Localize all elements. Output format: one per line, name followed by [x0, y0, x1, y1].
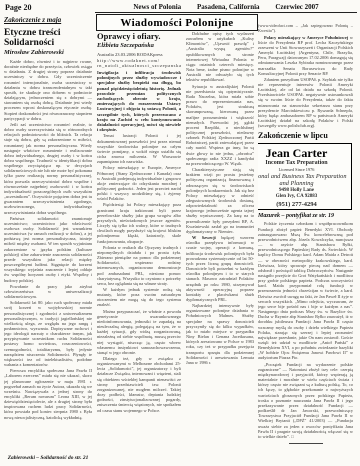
column-3: Dokładne opisy tych wydarzeń zawarłem w … — [186, 31, 254, 462]
section-title-box: Wiadomości Polonijne — [96, 14, 258, 31]
paragraph: Sytuacja w australijskiej Polonii nie pr… — [186, 84, 254, 167]
page-number: Page 20 — [5, 3, 31, 12]
paragraph: Charakterystyczne stają się brakiem wizj… — [186, 167, 254, 234]
newspaper-page: Page 20 News of Polonia Pasadena, Califo… — [0, 0, 360, 466]
article-author: Elżbieta Szczepańska — [97, 42, 181, 49]
ad-business-name: Jean Carter — [258, 147, 349, 159]
article-title-oprawcy: Oprawcy i ofiary. — [97, 31, 181, 41]
ad-phone-number: (951) 277-4294 — [258, 201, 349, 209]
article-body: Najbardziej intensywnie były organizowan… — [186, 303, 254, 365]
paragraph: Powołanie do pracy jako atrybut człowiec… — [4, 284, 92, 299]
lead-paragraph: Polacy mieszkający w Ameryce Południowej… — [258, 35, 353, 76]
masthead: News of Polonia Pasadena, California Cze… — [95, 3, 357, 11]
dateline: Australia 23.03.2006 RODAKpress — [97, 52, 181, 57]
paragraph: Każde dobro, również i to najpierw rwane… — [4, 59, 92, 121]
continued-in-july-heading: Zakończenie w lipcu — [258, 131, 353, 140]
article-title-solidarnosc: Etyczne treści Solidarności — [4, 28, 92, 48]
paragraph: „Początek Fundacji na wydarzenie polskie… — [258, 362, 353, 439]
lead-paragraph: Inwigilacja i infiltracja środowisk polo… — [97, 70, 181, 132]
article-body: Polskie życzenia członkom i współpracown… — [258, 221, 353, 439]
paragraph: Państwa solidarności znamionuje uczestni… — [4, 216, 92, 283]
paragraph: Polskie życzenia członkom i współpracown… — [258, 221, 353, 360]
paragraph-text: będącej wzorem ośrodka przepływu informa… — [186, 235, 254, 302]
article-body: Dokładne opisy tych wydarzeń zawarłem w … — [186, 31, 254, 234]
article-body: Temat lustracji Polonii i jej dokumentow… — [97, 133, 181, 412]
article-body: Zdaniem prezydium USOPAŁ p. Szybiak nie … — [258, 77, 353, 129]
column-4: (www.videofact.com – „Jak szpiegowano Po… — [258, 24, 353, 462]
paragraph: Temat lustracji Polonii i jej dokumentow… — [97, 133, 181, 164]
ad-address-line2: Glen Ivy, CA 92883 — [258, 194, 349, 200]
paragraph: Solidarność lat 80. jako ruch społeczny … — [4, 300, 92, 367]
continued-from-tag: Zakończenie z maja — [4, 16, 92, 24]
paragraph-text: w liście do Prezydenta RP prof. Lecha Ka… — [258, 35, 353, 76]
jean-carter-ad: Jean Carter Income Tax Preparation Licen… — [258, 143, 352, 210]
paragraph: Można przypuszczać, że właśnie z powodu … — [97, 309, 181, 355]
masthead-name: News of Polonia — [133, 3, 181, 11]
ad-service: Income Tax Preparation — [258, 160, 349, 167]
paragraph: Dokładne opisy tych wydarzeń zawarłem w … — [186, 31, 254, 83]
section-title: Wiadomości Polonijne — [120, 17, 233, 29]
credit-line: (www.videofact.com – „Jak szpiegowano Po… — [258, 24, 353, 34]
ad-tagline: Personal and Business Tax Preparation an… — [258, 173, 349, 187]
column-1: Zakończenie z maja Etyczne treści Solida… — [4, 16, 92, 462]
paragraph: Zdaniem prezydium USOPAŁ p. Szybiak nie … — [258, 77, 353, 129]
article-author: Mirosław Zabierowski — [4, 49, 92, 56]
ad-licensed-since: Licensed Since 1976 — [258, 167, 349, 172]
paragraph: W każdym jednak systemie rodzą się mutan… — [97, 287, 181, 308]
masthead-date: Czerwiec 2007 — [275, 3, 318, 11]
paragraph: Jeśli zaś uczestnictwo rozumieć realnie,… — [4, 122, 92, 215]
jump-to-page-line: Zabierowski – Solidarność do str. 21 — [4, 454, 92, 461]
paragraph: Najbardziej intensywnie były organizowan… — [186, 303, 254, 365]
paragraph: Polacy mieszkający w Europie, Ameryce Pó… — [97, 165, 181, 201]
column-2: Oprawcy i ofiary. Elżbieta Szczepańska A… — [97, 31, 181, 462]
end-of-article-rule — [289, 443, 323, 444]
masthead-rule — [95, 12, 357, 13]
paragraph: W Szwecji będącej wzorem ośrodka przepły… — [186, 235, 254, 302]
paragraph: Polonia w realiach dla Ojczyzny trudnych… — [97, 245, 181, 286]
masthead-location: Pasadena, California — [197, 3, 260, 11]
article-body: Każde dobro, również i to najpierw rwane… — [4, 59, 92, 420]
source-url-line2: rn_natoli_aktualnosci_szczepanska.htm — [97, 63, 181, 68]
paragraph: Pierwsza encyklika społeczna Jana Pawła … — [4, 368, 92, 420]
paragraph: Dlatego też, gdy w związku z organizowan… — [97, 356, 181, 413]
continuation-heading-mazurek: Mazurek – pontyfikat ze str. 19 — [258, 213, 353, 219]
paragraph: Pięćdziesiąt lat Polacy mieszkający poza… — [97, 202, 181, 243]
